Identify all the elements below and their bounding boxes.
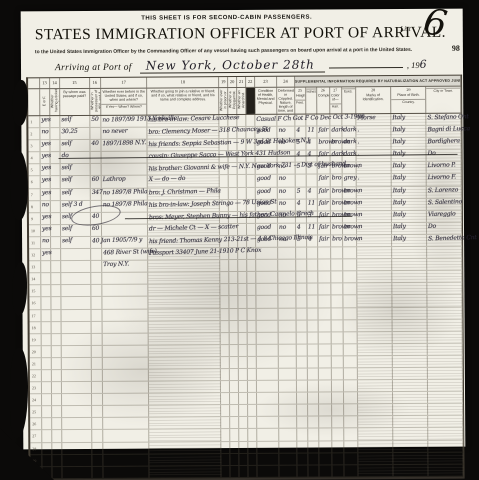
handwriting-entry: no	[278, 139, 285, 146]
cell-before	[102, 224, 149, 235]
cell-before	[102, 297, 149, 308]
handwriting-entry: 1897/1898 N.Y.	[102, 139, 146, 147]
row-number: 2	[28, 128, 39, 139]
cell-health	[256, 296, 278, 307]
cell-country: Italy	[392, 211, 427, 222]
cell-inches	[307, 260, 318, 271]
cell-eyes: brown	[343, 235, 357, 246]
cell-deformed	[278, 284, 296, 295]
row-number: 14	[29, 273, 40, 284]
cell-before	[102, 345, 149, 356]
cell-no: 19	[30, 334, 42, 345]
handwriting-entry: yes	[41, 152, 51, 159]
cell-complexion	[319, 429, 332, 440]
column-header-label: Complexion.	[317, 92, 329, 98]
cell-ef	[42, 358, 52, 369]
handwriting-entry: good	[256, 139, 270, 146]
handwriting-entry: 11	[307, 127, 314, 134]
cell-v1	[52, 394, 62, 405]
column-header-complexion: 26Complexion.	[317, 87, 330, 113]
cell-marks: .	[356, 175, 392, 186]
cell-join	[149, 272, 221, 284]
row-number: 17	[29, 310, 40, 321]
handwriting-entry: S. Stefano Ont	[427, 113, 469, 121]
cell-health	[257, 357, 279, 368]
cell-no: 4	[29, 153, 41, 164]
column-subheader: If Yes— When? Where?	[101, 104, 147, 109]
column-header-money: Whether in possession of $50, and if les…	[90, 89, 101, 115]
cell-health	[257, 393, 279, 404]
cell-join	[150, 417, 222, 429]
cell-ef	[42, 334, 52, 345]
row-number: 10	[29, 225, 40, 236]
cell-no: 11	[29, 237, 41, 248]
cell-p2	[229, 176, 238, 187]
cell-paid	[62, 430, 92, 441]
handwriting-entry: Italy	[393, 211, 406, 218]
cell-inches	[308, 393, 319, 404]
cell-city: S. Stefano Ont	[427, 114, 462, 125]
cell-hair	[332, 368, 344, 379]
cell-p4	[247, 260, 256, 271]
cell-health: good	[255, 127, 277, 138]
column-header-health: Condition of Health, Mental and Physical…	[255, 88, 277, 114]
cell-eyes: grey	[342, 175, 356, 186]
cell-money	[92, 467, 103, 478]
row-number: 22	[30, 370, 41, 381]
cell-country	[393, 404, 428, 415]
cell-v1	[51, 189, 61, 200]
cell-p2	[230, 417, 239, 428]
handwriting-entry: Bagni di Lucca	[428, 125, 471, 133]
cell-p2	[230, 454, 239, 465]
cell-complexion	[318, 344, 331, 355]
cell-p3	[238, 284, 247, 295]
cell-p1	[221, 296, 230, 307]
row-number: 1	[28, 116, 39, 127]
handwriting-entry: yes	[42, 225, 52, 232]
cell-deformed	[279, 429, 297, 440]
cell-ef	[42, 455, 52, 466]
cell-money	[92, 382, 103, 393]
cell-complexion	[318, 308, 331, 319]
column-subheader: Hair.	[330, 103, 341, 108]
cell-p1	[221, 442, 230, 453]
cell-country	[394, 416, 429, 427]
cell-hair	[332, 393, 344, 404]
cell-city: Bagni di Lucca	[427, 126, 462, 137]
cell-deformed	[279, 405, 297, 416]
cell-p2	[230, 369, 239, 380]
cell-ef: no	[40, 128, 50, 139]
cell-p4	[248, 321, 257, 332]
cell-p3	[239, 308, 248, 319]
cell-inches	[307, 332, 318, 343]
column-number-24: 24	[277, 77, 295, 87]
cell-marks	[358, 429, 394, 440]
cell-city: Livorno P.	[427, 162, 462, 173]
cell-ef	[41, 285, 51, 296]
column-header-deformed: Deformed or Crippled. Nature, length of …	[277, 88, 295, 114]
cell-join	[149, 297, 221, 309]
handwriting-entry: 40	[91, 140, 98, 147]
handwriting-entry: 5	[296, 139, 300, 146]
cell-paid	[61, 249, 91, 260]
cell-money	[92, 358, 103, 369]
cell-inches	[308, 441, 319, 452]
cell-no: 22	[30, 370, 42, 381]
handwriting-entry: 11	[308, 223, 315, 230]
cell-city: S. Salentino	[427, 198, 462, 209]
cell-paid: 30.25	[60, 128, 90, 139]
cell-p1	[221, 405, 230, 416]
column-header-label: Whether ever in prison or almshouse.	[219, 88, 228, 112]
cell-p4	[248, 417, 257, 428]
column-header-label: Whether ever before in the United States…	[101, 89, 147, 103]
row-number: 18	[30, 322, 41, 333]
row-number: 3	[28, 140, 39, 151]
cell-health: Casual F Ch Got F Co Dec Oct 3-1900	[255, 115, 277, 126]
handwriting-entry: yes	[41, 164, 51, 171]
cell-inches: 11	[307, 199, 318, 210]
cell-v1	[52, 455, 62, 466]
cell-complexion	[318, 247, 331, 258]
cell-deformed	[279, 357, 297, 368]
cell-deformed	[279, 381, 297, 392]
row-number: 25	[30, 406, 41, 417]
cell-marks: .	[356, 150, 392, 161]
row-number: 9	[29, 213, 40, 224]
cell-feet	[296, 284, 307, 295]
cell-p1	[221, 393, 230, 404]
handwriting-entry: 4	[307, 139, 311, 146]
arrival-line: Arriving at Port of New York, October 28…	[55, 55, 427, 75]
handwriting-entry: no	[278, 175, 285, 182]
cell-marks: .	[356, 126, 392, 137]
cell-ef: yes	[41, 225, 51, 236]
cell-health	[257, 381, 279, 392]
cell-complexion	[319, 405, 332, 416]
handwriting-entry: self	[61, 116, 71, 123]
handwriting-entry: fair	[319, 223, 329, 230]
cell-feet	[295, 175, 306, 186]
handwriting-entry: self	[62, 237, 72, 244]
cell-p2	[230, 381, 239, 392]
column-header-label: Height.	[295, 93, 305, 99]
cell-no: 16	[29, 298, 41, 309]
cell-ef: no	[41, 201, 51, 212]
cell-complexion: fair	[318, 223, 331, 234]
cell-complexion: fair	[317, 187, 330, 198]
cell-money	[91, 297, 102, 308]
cell-p1	[221, 333, 230, 344]
column-number-22: 22	[246, 77, 255, 87]
cell-ef	[42, 431, 52, 442]
cell-feet	[297, 381, 308, 392]
cell-hair	[332, 441, 344, 452]
handwriting-entry: 60	[92, 225, 99, 232]
handwriting-entry: fair	[318, 199, 328, 206]
cell-join	[150, 442, 222, 454]
cell-join	[149, 284, 221, 296]
cell-before: 1897/1898 N.Y.	[101, 140, 148, 151]
cell-eyes: dark	[342, 126, 356, 137]
cell-marks	[358, 453, 394, 464]
handwriting-entry: yes	[42, 249, 52, 256]
cell-ef	[42, 370, 52, 381]
cell-p1	[221, 357, 230, 368]
cell-p4	[247, 272, 256, 283]
handwriting-entry: no	[279, 187, 286, 194]
cell-ef	[41, 273, 51, 284]
cell-p4	[247, 175, 256, 186]
cell-before	[101, 164, 148, 175]
column-header-label: Whether having a ticket to final destina…	[50, 89, 60, 113]
row-number: 13	[29, 261, 40, 272]
handwriting-entry: Morse	[357, 114, 375, 121]
cell-complexion	[319, 381, 332, 392]
cell-v1	[51, 285, 61, 296]
cell-p2	[230, 357, 239, 368]
handwriting-entry: no	[279, 199, 286, 206]
handwriting-entry: 3	[308, 211, 312, 218]
cell-join	[149, 309, 221, 321]
arrival-prefix: Arriving at Port of	[55, 63, 132, 73]
cell-paid	[62, 370, 92, 381]
cell-before: Lathrop	[101, 176, 148, 187]
handwriting-entry: no	[41, 128, 48, 135]
handwriting-entry: .	[357, 138, 359, 145]
port-of-arrival-handwritten: New York, October 28th	[140, 57, 325, 73]
cell-v1	[52, 346, 62, 357]
handwriting-entry: Italy	[393, 126, 406, 133]
supplemental-banner: SUPPLEMENTAL INFORMATION REQUIRED BY NAT…	[295, 76, 461, 87]
cell-join	[149, 260, 221, 272]
cell-p2	[229, 296, 238, 307]
handwriting-entry: good	[257, 163, 271, 170]
cell-feet	[297, 417, 308, 428]
cell-ef: yes	[41, 189, 51, 200]
cell-paid	[62, 418, 92, 429]
cell-complexion	[318, 320, 331, 331]
column-header-before: Whether ever before in the United States…	[101, 89, 148, 115]
cell-eyes	[343, 332, 357, 343]
cell-inches	[306, 175, 317, 186]
handwriting-entry: no	[278, 163, 285, 170]
cell-v1	[52, 358, 62, 369]
cell-feet	[296, 320, 307, 331]
handwriting-entry: 60	[91, 176, 98, 183]
row-number: 6	[29, 177, 40, 188]
column-header-inches: Inches.	[306, 88, 317, 114]
cell-paid	[62, 394, 92, 405]
cell-v1	[51, 201, 61, 212]
cell-paid: self	[61, 225, 91, 236]
cell-health	[256, 284, 278, 295]
cell-city	[428, 343, 463, 354]
cell-city	[427, 247, 462, 258]
handwriting-entry: Italy	[393, 138, 406, 145]
cell-feet	[297, 441, 308, 452]
cell-marks	[357, 283, 393, 294]
cell-city: S. Benedetto Cnt	[427, 235, 462, 246]
handwriting-entry: Livorno P.	[428, 162, 456, 170]
cell-ef	[41, 310, 51, 321]
cell-v1	[51, 213, 61, 224]
cell-hair	[331, 308, 343, 319]
cell-feet	[297, 356, 308, 367]
cell-hair	[332, 417, 344, 428]
cell-paid: self	[61, 237, 91, 248]
column-header-label: Whether in possession of $50, and if les…	[90, 89, 101, 113]
cell-hair	[331, 260, 343, 271]
cell-p2	[230, 393, 239, 404]
cell-country	[394, 440, 429, 451]
cell-deformed	[278, 260, 296, 271]
handwriting-entry: yes	[41, 116, 51, 123]
cell-p4	[248, 393, 257, 404]
cell-paid: self	[60, 164, 90, 175]
column-header-no	[28, 89, 40, 115]
cell-ef	[42, 322, 52, 333]
cell-join: Passport 33407 June 21-1910 P C Knox	[149, 248, 221, 260]
cell-v1	[51, 298, 61, 309]
cell-ef	[41, 261, 51, 272]
column-subheader: Eyes.	[342, 88, 355, 93]
cell-inches	[307, 344, 318, 355]
cell-money	[91, 334, 102, 345]
row-number: 12	[29, 249, 40, 260]
row-number: 23	[30, 382, 41, 393]
cell-deformed	[279, 344, 297, 355]
column-header-label: By whom was passage paid?	[60, 89, 89, 99]
cell-p1	[221, 345, 230, 356]
handwriting-entry: yes	[42, 189, 52, 196]
cell-p3	[238, 175, 247, 186]
cell-country: Italy	[392, 199, 427, 210]
cell-join: his brother: Giovanni & wife — N.Y. New …	[148, 164, 220, 176]
manifest-table: 131415161718192021222324SUPPLEMENTAL INF…	[26, 75, 464, 480]
page-number: 98	[452, 44, 460, 53]
cell-join	[149, 369, 221, 381]
cell-no: 3	[28, 140, 40, 151]
cell-join: his friend: Thomas Kenny 213-21st — 4 8 …	[148, 236, 220, 248]
row-number: 19	[30, 334, 41, 345]
handwriting-entry: .	[357, 223, 359, 230]
cell-v1	[52, 334, 62, 345]
cell-eyes	[343, 344, 357, 355]
handwriting-entry: 4	[296, 127, 300, 134]
document-title: STATES IMMIGRATION OFFICER AT PORT OF AR…	[35, 24, 446, 45]
handwriting-entry: 5	[296, 163, 300, 170]
cell-no: 14	[29, 273, 41, 284]
cell-join: his bro-in-law: Cesare Lucchese	[148, 115, 220, 127]
cell-ef: no	[41, 237, 51, 248]
cell-v1	[51, 164, 61, 175]
cell-before	[102, 333, 149, 344]
column-header-label: Marks of Identification.	[356, 92, 391, 102]
row-number: 24	[30, 394, 41, 405]
cell-health	[257, 320, 279, 331]
cell-money	[90, 164, 101, 175]
cell-health	[257, 332, 279, 343]
column-header-ef: E or F.	[40, 89, 50, 115]
cell-v1	[51, 237, 61, 248]
cell-before	[103, 442, 150, 453]
cell-hair	[331, 247, 343, 258]
row-number: 5	[29, 165, 40, 176]
cell-join	[149, 333, 221, 345]
cell-no: 26	[30, 419, 42, 430]
column-number-21: 21	[237, 77, 246, 87]
column-number-19: 19	[219, 77, 228, 87]
cell-marks	[358, 465, 394, 476]
column-header-country: 29Place of Birth.Country.	[392, 87, 427, 113]
column-header-v1: Whether having a ticket to final destina…	[50, 89, 60, 115]
cell-marks	[357, 368, 393, 379]
cell-eyes	[344, 465, 358, 476]
handwriting-entry: Lathrop	[102, 176, 125, 184]
cell-city	[428, 392, 463, 403]
column-header-label: Whether going to join a relative or frie…	[148, 88, 219, 102]
cell-money	[91, 273, 102, 284]
cell-hair: bro	[330, 175, 342, 186]
cell-feet	[297, 465, 308, 476]
cell-ef	[42, 419, 52, 430]
cell-city	[427, 271, 462, 282]
cell-p3	[239, 369, 248, 380]
cell-before	[103, 394, 150, 405]
cell-p1	[221, 430, 230, 441]
cell-p1	[221, 321, 230, 332]
cell-complexion: fair	[317, 175, 330, 186]
cell-city	[428, 356, 463, 367]
cell-join: bro: J. Christman — Phila	[148, 188, 220, 200]
header-row: E or F.Whether having a ticket to final …	[28, 87, 461, 117]
cell-deformed	[279, 393, 297, 404]
cell-hair	[331, 296, 343, 307]
cell-country	[393, 356, 428, 367]
cell-complexion	[318, 296, 331, 307]
cell-marks	[357, 320, 393, 331]
row-number: 20	[30, 346, 41, 357]
cell-p3	[239, 357, 248, 368]
cell-country	[393, 332, 428, 343]
column-header-p1: Whether ever in prison or almshouse.	[219, 88, 228, 114]
cell-no: 6	[29, 177, 41, 188]
cell-deformed	[278, 296, 296, 307]
cell-feet	[296, 248, 307, 259]
handwriting-entry: dark	[343, 126, 356, 133]
cell-marks: .	[356, 138, 392, 149]
cell-money	[92, 454, 103, 465]
cell-paid	[62, 467, 92, 478]
cell-complexion: fair	[317, 127, 330, 138]
arrival-year-handwritten: 6	[420, 58, 427, 71]
cell-feet: 5	[296, 187, 307, 198]
cell-before	[103, 418, 150, 429]
row-number: 15	[29, 286, 40, 297]
handwriting-entry: bro	[332, 235, 342, 242]
cell-hair: brown	[330, 187, 342, 198]
cell-before: no 1897/8 Phila	[101, 188, 148, 199]
cell-city	[428, 404, 463, 415]
row-number: 16	[29, 298, 40, 309]
cell-money: 60	[91, 225, 102, 236]
column-header-p2: Whether a Polygamist.	[228, 88, 237, 114]
cell-hair	[332, 405, 344, 416]
cell-p4	[247, 187, 256, 198]
